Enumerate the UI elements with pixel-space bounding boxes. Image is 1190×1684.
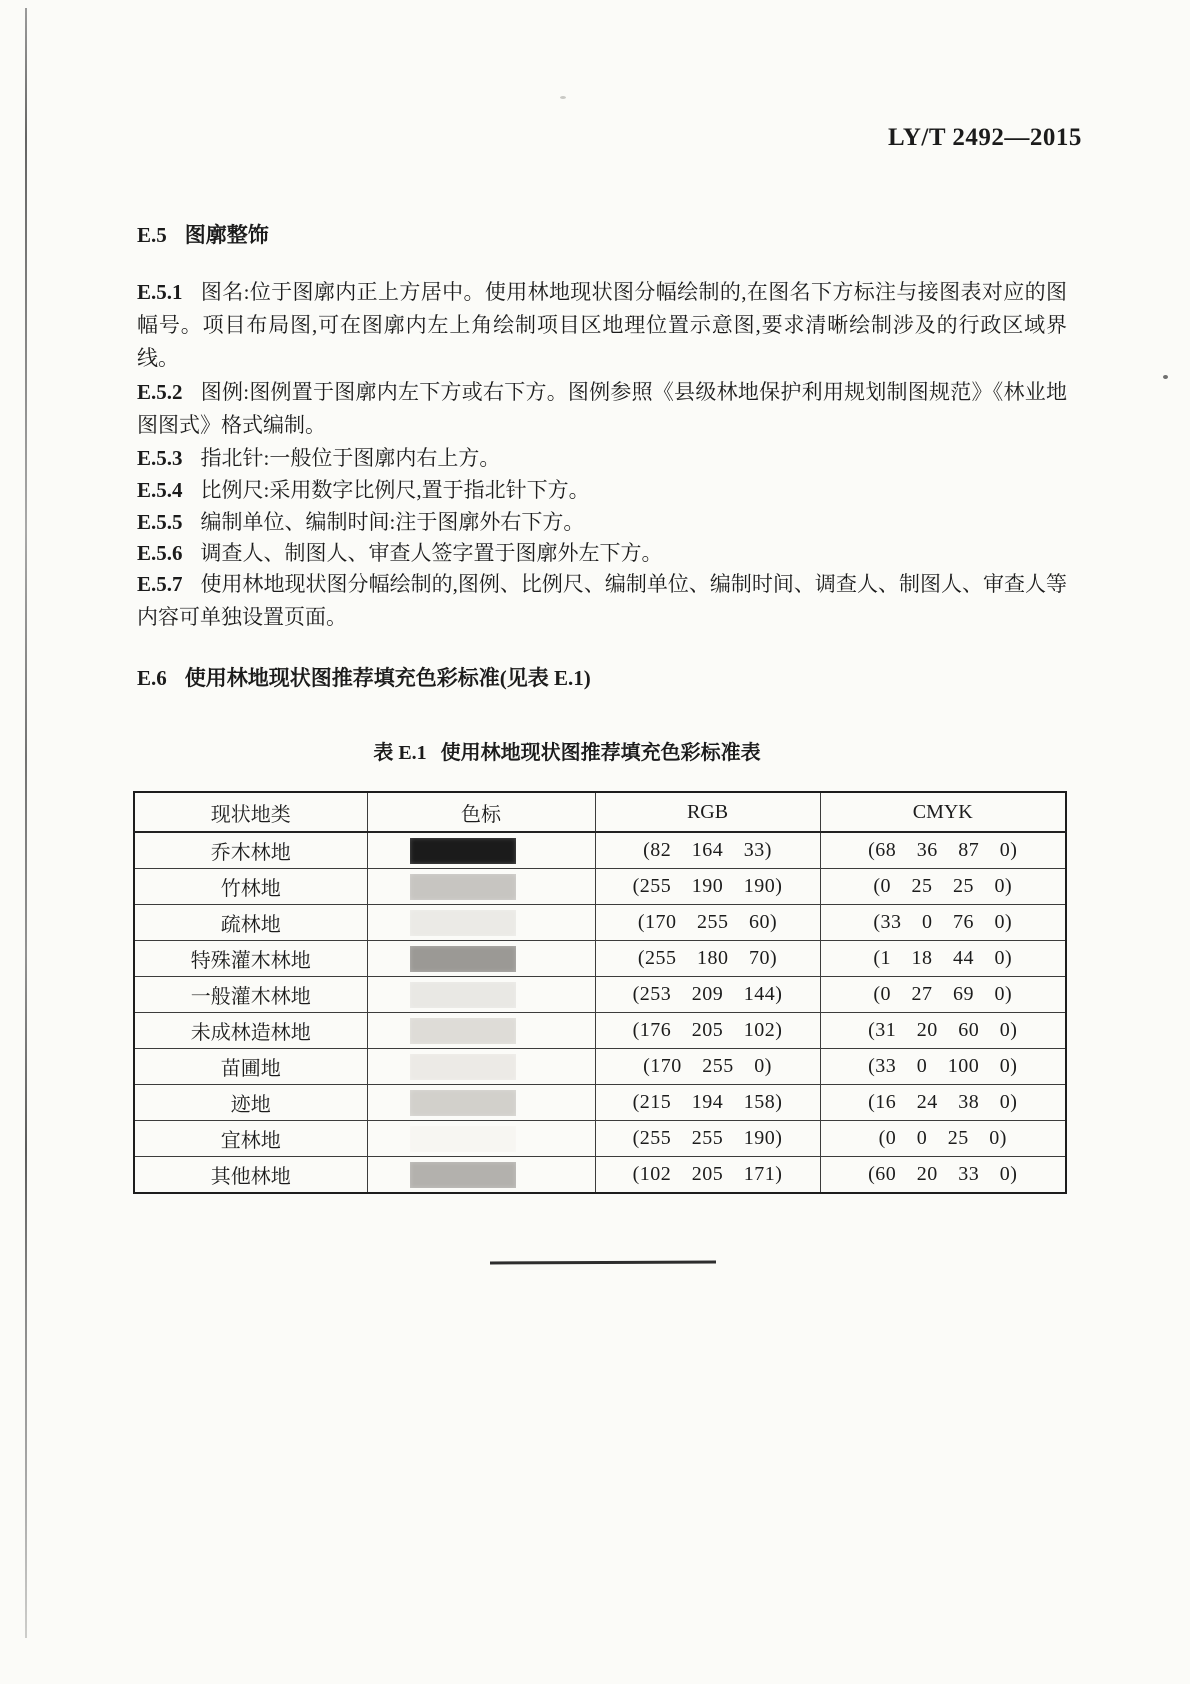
swatch-cell — [367, 1121, 595, 1157]
swatch-cell — [367, 941, 595, 977]
clause-e5-2: E.5.2图例:图例置于图廓内左下方或右下方。图例参照《县级林地保护利用规划制图… — [137, 376, 1067, 442]
section-title: 图廓整饰 — [185, 223, 269, 247]
color-swatch — [410, 910, 516, 936]
swatch-cell — [367, 832, 595, 869]
land-type-cell: 乔木林地 — [134, 832, 367, 869]
table-header-row: 现状地类 色标 RGB CMYK — [134, 792, 1066, 832]
rgb-cell: (255 190 190) — [595, 869, 820, 905]
swatch-cell — [367, 869, 595, 905]
land-type-cell: 宜林地 — [134, 1121, 367, 1157]
clause-e5-4: E.5.4比例尺:采用数字比例尺,置于指北针下方。 — [137, 474, 1067, 507]
table-row: 乔木林地 (82 164 33) (68 36 87 0) — [134, 832, 1066, 869]
clause-text: 图例:图例置于图廓内左下方或右下方。图例参照《县级林地保护利用规划制图规范》《林… — [137, 380, 1067, 437]
table-row: 一般灌木林地 (253 209 144) (0 27 69 0) — [134, 977, 1066, 1013]
end-of-section-rule — [490, 1261, 716, 1265]
table-row: 苗圃地 (170 255 0) (33 0 100 0) — [134, 1049, 1066, 1085]
land-type-cell: 其他林地 — [134, 1157, 367, 1194]
clause-number: E.5.6 — [137, 541, 183, 565]
table-row: 竹林地 (255 190 190) (0 25 25 0) — [134, 869, 1066, 905]
clause-e5-7: E.5.7使用林地现状图分幅绘制的,图例、比例尺、编制单位、编制时间、调查人、制… — [137, 568, 1067, 634]
clause-number: E.5.7 — [137, 572, 183, 596]
clause-number: E.5.4 — [137, 478, 183, 502]
scan-speck — [1163, 375, 1168, 379]
clause-number: E.5.2 — [137, 380, 183, 404]
clause-number: E.5.1 — [137, 280, 183, 304]
scan-artifact-line — [25, 8, 27, 1638]
table-caption: 表 E.1使用林地现状图推荐填充色彩标准表 — [137, 736, 997, 765]
scan-speck — [560, 96, 566, 99]
swatch-cell — [367, 1013, 595, 1049]
rgb-cell: (170 255 60) — [595, 905, 820, 941]
clause-e5-5: E.5.5编制单位、编制时间:注于图廓外右下方。 — [137, 506, 1067, 539]
cmyk-cell: (68 36 87 0) — [820, 832, 1066, 869]
color-swatch — [410, 1090, 516, 1116]
swatch-cell — [367, 1085, 595, 1121]
cmyk-cell: (31 20 60 0) — [820, 1013, 1066, 1049]
clause-e5-1: E.5.1图名:位于图廓内正上方居中。使用林地现状图分幅绘制的,在图名下方标注与… — [137, 276, 1067, 375]
clause-text: 调查人、制图人、审查人签字置于图廓外左下方。 — [201, 541, 663, 565]
table-row: 特殊灌木林地 (255 180 70) (1 18 44 0) — [134, 941, 1066, 977]
clause-text: 图名:位于图廓内正上方居中。使用林地现状图分幅绘制的,在图名下方标注与接图表对应… — [137, 280, 1067, 370]
land-type-cell: 未成林造林地 — [134, 1013, 367, 1049]
rgb-cell: (176 205 102) — [595, 1013, 820, 1049]
table-row: 宜林地 (255 255 190) (0 0 25 0) — [134, 1121, 1066, 1157]
land-type-cell: 迹地 — [134, 1085, 367, 1121]
cmyk-cell: (0 25 25 0) — [820, 869, 1066, 905]
swatch-cell — [367, 1049, 595, 1085]
cmyk-cell: (1 18 44 0) — [820, 941, 1066, 977]
column-header-land-type: 现状地类 — [134, 792, 367, 832]
clause-e5-3: E.5.3指北针:一般位于图廓内右上方。 — [137, 442, 1067, 475]
rgb-cell: (82 164 33) — [595, 832, 820, 869]
table-row: 迹地 (215 194 158) (16 24 38 0) — [134, 1085, 1066, 1121]
color-swatch — [410, 1162, 516, 1188]
cmyk-cell: (33 0 100 0) — [820, 1049, 1066, 1085]
cmyk-cell: (0 0 25 0) — [820, 1121, 1066, 1157]
color-swatch — [410, 874, 516, 900]
land-type-cell: 苗圃地 — [134, 1049, 367, 1085]
clause-text: 比例尺:采用数字比例尺,置于指北针下方。 — [201, 478, 590, 502]
swatch-cell — [367, 977, 595, 1013]
color-swatch — [410, 1126, 516, 1152]
swatch-cell — [367, 1157, 595, 1194]
clause-text: 指北针:一般位于图廓内右上方。 — [201, 446, 501, 470]
land-type-cell: 竹林地 — [134, 869, 367, 905]
color-swatch — [410, 838, 516, 864]
table-row: 其他林地 (102 205 171) (60 20 33 0) — [134, 1157, 1066, 1194]
clause-text: 编制单位、编制时间:注于图廓外右下方。 — [201, 510, 585, 534]
land-type-cell: 疏林地 — [134, 905, 367, 941]
land-type-cell: 一般灌木林地 — [134, 977, 367, 1013]
color-swatch — [410, 1018, 516, 1044]
standard-code: LY/T 2492—2015 — [888, 124, 1078, 152]
land-type-cell: 特殊灌木林地 — [134, 941, 367, 977]
cmyk-cell: (16 24 38 0) — [820, 1085, 1066, 1121]
rgb-cell: (215 194 158) — [595, 1085, 820, 1121]
cmyk-cell: (33 0 76 0) — [820, 905, 1066, 941]
rgb-cell: (255 180 70) — [595, 941, 820, 977]
color-standard-table: 现状地类 色标 RGB CMYK 乔木林地 (82 164 33) (68 36… — [133, 791, 1067, 1194]
table-row: 疏林地 (170 255 60) (33 0 76 0) — [134, 905, 1066, 941]
document-page: LY/T 2492—2015 E.5图廓整饰 E.5.1图名:位于图廓内正上方居… — [0, 0, 1190, 1684]
clause-number: E.5.5 — [137, 510, 183, 534]
rgb-cell: (170 255 0) — [595, 1049, 820, 1085]
cmyk-cell: (60 20 33 0) — [820, 1157, 1066, 1194]
section-title: 使用林地现状图推荐填充色彩标准(见表 E.1) — [185, 666, 591, 690]
color-swatch — [410, 982, 516, 1008]
section-number: E.5 — [137, 223, 167, 247]
color-swatch — [410, 946, 516, 972]
color-swatch — [410, 1054, 516, 1080]
column-header-rgb: RGB — [595, 792, 820, 832]
clause-text: 使用林地现状图分幅绘制的,图例、比例尺、编制单位、编制时间、调查人、制图人、审查… — [137, 572, 1067, 629]
table-caption-text: 使用林地现状图推荐填充色彩标准表 — [441, 742, 761, 764]
column-header-cmyk: CMYK — [820, 792, 1066, 832]
swatch-cell — [367, 905, 595, 941]
rgb-cell: (255 255 190) — [595, 1121, 820, 1157]
column-header-swatch: 色标 — [367, 792, 595, 832]
clause-e5-6: E.5.6调查人、制图人、审查人签字置于图廓外左下方。 — [137, 537, 1067, 570]
table-caption-number: 表 E.1 — [373, 742, 426, 764]
section-heading-e6: E.6使用林地现状图推荐填充色彩标准(见表 E.1) — [137, 662, 1067, 692]
rgb-cell: (102 205 171) — [595, 1157, 820, 1194]
clause-number: E.5.3 — [137, 446, 183, 470]
table-row: 未成林造林地 (176 205 102) (31 20 60 0) — [134, 1013, 1066, 1049]
cmyk-cell: (0 27 69 0) — [820, 977, 1066, 1013]
rgb-cell: (253 209 144) — [595, 977, 820, 1013]
section-number: E.6 — [137, 666, 167, 690]
section-heading-e5: E.5图廓整饰 — [137, 219, 1067, 249]
